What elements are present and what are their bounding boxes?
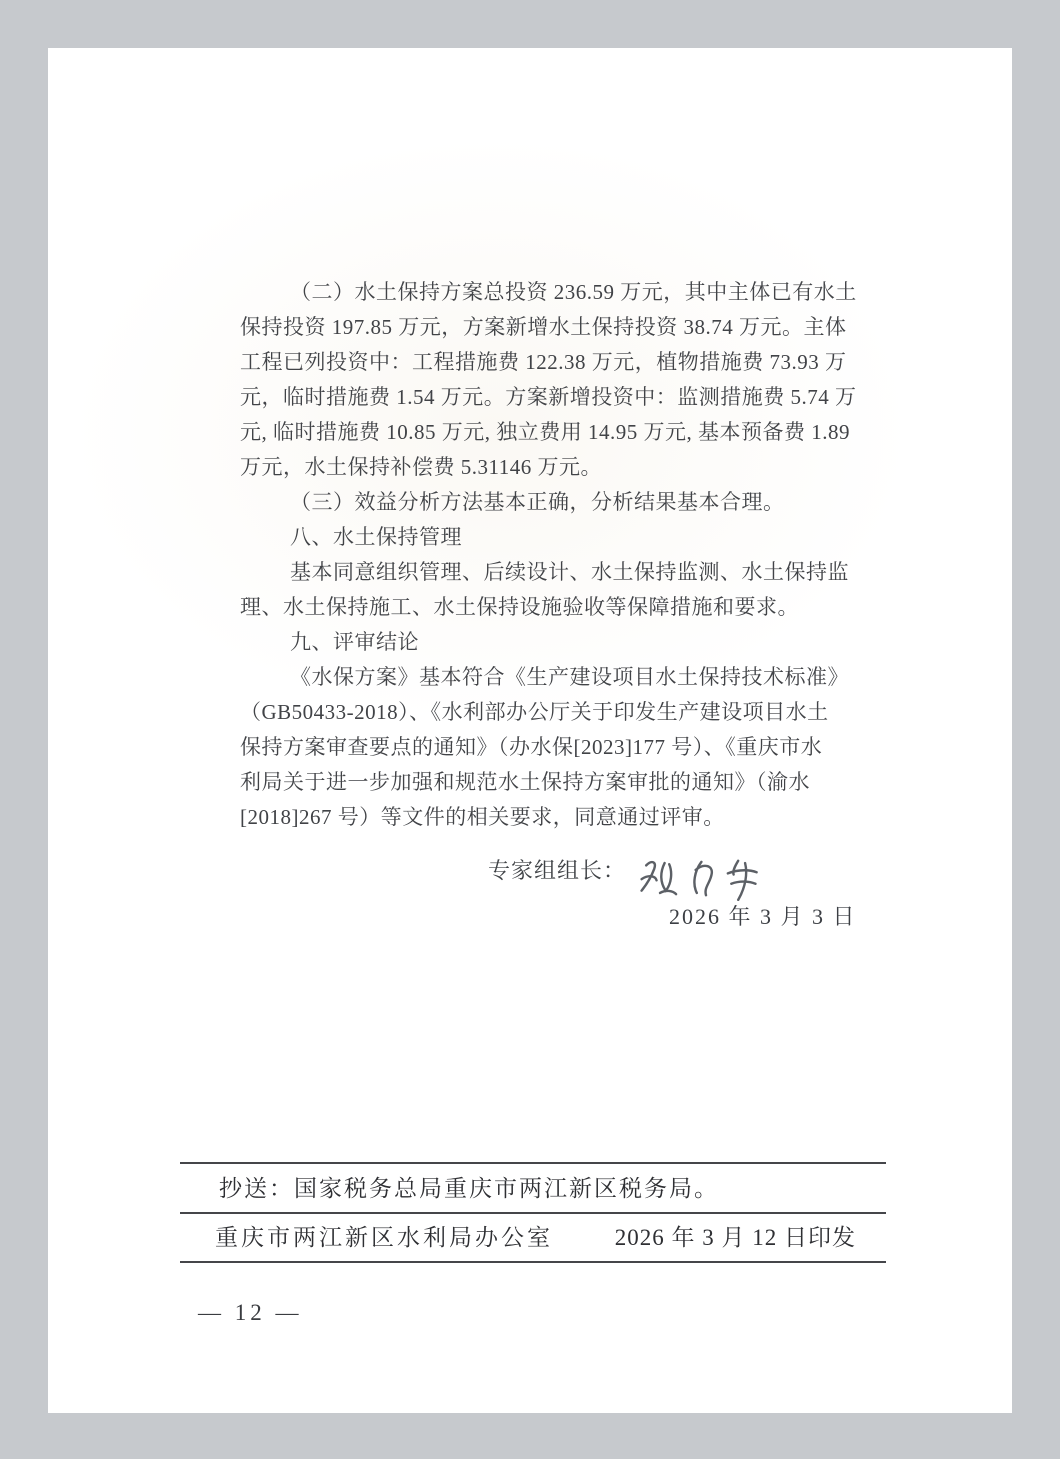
body-line: （GB50433-2018）、《水利部办公厅关于印发生产建设项目水土	[240, 695, 846, 730]
body-line: [2018]267 号）等文件的相关要求，同意通过评审。	[240, 800, 846, 835]
body-line: 元，临时措施费 1.54 万元。方案新增投资中：监测措施费 5.74 万	[240, 380, 846, 415]
footer-rule-middle	[180, 1212, 886, 1214]
body-line: 工程已列投资中：工程措施费 122.38 万元，植物措施费 73.93 万	[240, 345, 846, 380]
signature-row: 专家组组长：	[488, 853, 776, 901]
body-line: （三）效益分析方法基本正确，分析结果基本合理。	[240, 485, 846, 520]
body-line: 保持投资 197.85 万元，方案新增水土保持投资 38.74 万元。主体	[240, 310, 846, 345]
handwritten-signature	[636, 855, 776, 901]
print-date: 2026 年 3 月 12 日印发	[615, 1224, 856, 1252]
page-number: — 12 —	[198, 1300, 303, 1326]
body-line: 基本同意组织管理、后续设计、水土保持监测、水土保持监	[240, 555, 846, 590]
body-line: 八、水土保持管理	[240, 520, 846, 555]
signature-date: 2026 年 3 月 3 日	[669, 900, 857, 931]
document-page: （二）水土保持方案总投资 236.59 万元，其中主体已有水土保持投资 197.…	[48, 48, 1012, 1413]
cc-line: 抄送：国家税务总局重庆市两江新区税务局。	[219, 1175, 719, 1203]
body-line: （二）水土保持方案总投资 236.59 万元，其中主体已有水土	[240, 275, 846, 310]
body-line: 九、评审结论	[240, 625, 846, 660]
body-line: 理、水土保持施工、水土保持设施验收等保障措施和要求。	[240, 590, 846, 625]
footer-rule-top	[180, 1162, 886, 1164]
body-line: 《水保方案》基本符合《生产建设项目水土保持技术标准》	[240, 660, 846, 695]
body-line: 万元，水土保持补偿费 5.31146 万元。	[240, 450, 846, 485]
footer-rule-bottom	[180, 1261, 886, 1263]
body-line: 利局关于进一步加强和规范水土保持方案审批的通知》（渝水	[240, 765, 846, 800]
issuer-office: 重庆市两江新区水利局办公室	[215, 1224, 553, 1252]
body-text: （二）水土保持方案总投资 236.59 万元，其中主体已有水土保持投资 197.…	[240, 275, 846, 835]
scanned-document-background: （二）水土保持方案总投资 236.59 万元，其中主体已有水土保持投资 197.…	[0, 0, 1060, 1459]
signature-label: 专家组组长：	[488, 853, 626, 889]
body-line: 保持方案审查要点的通知》（办水保[2023]177 号）、《重庆市水	[240, 730, 846, 765]
body-line: 元, 临时措施费 10.85 万元, 独立费用 14.95 万元, 基本预备费 …	[240, 415, 846, 450]
issuer-row: 重庆市两江新区水利局办公室 2026 年 3 月 12 日印发	[180, 1224, 886, 1252]
